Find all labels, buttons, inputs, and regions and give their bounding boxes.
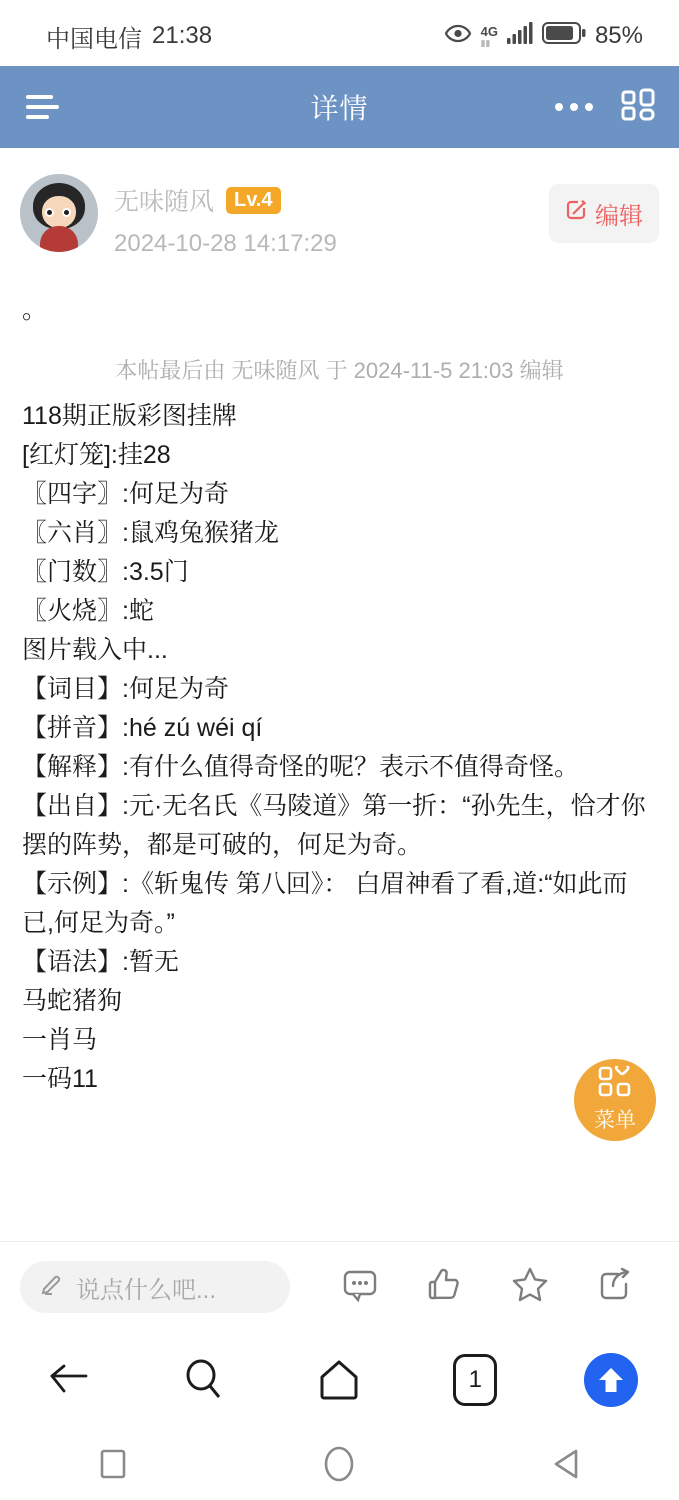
edit-pencil-icon — [565, 198, 589, 229]
up-arrow-icon — [584, 1353, 638, 1407]
status-bar: 中国电信 21:38 4G ▮▮ 85% — [0, 0, 679, 66]
last-edited-notice: 本帖最后由 无味随风 于 2024-11-5 21:03 编辑 — [22, 354, 657, 385]
content-line: 【出自】:元·无名氏《马陵道》第一折：“孙先生，恰才你摆的阵势，都是可破的，何足… — [22, 787, 657, 865]
pencil-icon — [38, 1272, 64, 1303]
content-line: 【词目】:何足为奇 — [22, 670, 657, 709]
content-line: 一码11 — [22, 1060, 657, 1099]
browser-nav-bar: 1 — [0, 1332, 679, 1428]
content-line: 〖四字〗:何足为奇 — [22, 475, 657, 514]
post-leading-text: 。 — [22, 290, 657, 326]
hamburger-menu-icon[interactable] — [26, 95, 59, 119]
comment-bar: 说点什么吧... — [0, 1241, 679, 1332]
author-name: 无味随风 — [114, 182, 214, 218]
floating-menu-button[interactable]: 菜单 — [574, 1059, 656, 1141]
content-line: 【语法】:暂无 — [22, 943, 657, 982]
clock-label: 21:38 — [152, 22, 212, 50]
floating-menu-label: 菜单 — [594, 1104, 636, 1134]
browser-back-button[interactable] — [0, 1363, 136, 1397]
level-badge: Lv.4 — [226, 187, 281, 214]
content-line: 马蛇猪狗 — [22, 982, 657, 1021]
avatar[interactable] — [20, 174, 98, 252]
post-header: 无味随风 Lv.4 2024-10-28 14:17:29 编辑 — [0, 148, 679, 258]
comment-placeholder: 说点什么吧... — [76, 1270, 216, 1305]
system-nav-bar — [0, 1428, 679, 1500]
grid-icon[interactable] — [621, 88, 655, 127]
menu-grid-icon — [598, 1066, 632, 1103]
battery-percent-label: 85% — [595, 22, 643, 50]
content-line: 【示例】:《斩鬼传 第八回》： 白眉神看了看,道:“如此而已,何足为奇。” — [22, 865, 657, 943]
content-line: 〖六肖〗:鼠鸡兔猴猪龙 — [22, 514, 657, 553]
carrier-label: 中国电信 — [46, 19, 142, 54]
post-content: 118期正版彩图挂牌 [红灯笼]:挂28 〖四字〗:何足为奇 〖六肖〗:鼠鸡兔猴… — [22, 397, 657, 1099]
back-triangle-icon[interactable] — [453, 1448, 679, 1480]
content-line: 【解释】:有什么值得奇怪的呢？表示不值得奇怪。 — [22, 748, 657, 787]
page-title: 详情 — [310, 87, 368, 127]
thumbs-up-icon[interactable] — [425, 1266, 463, 1309]
share-icon[interactable] — [596, 1266, 634, 1309]
more-dots-icon[interactable] — [555, 103, 593, 111]
browser-search-button[interactable] — [136, 1358, 272, 1402]
edit-button[interactable]: 编辑 — [549, 184, 659, 243]
tab-count-label: 1 — [469, 1366, 482, 1394]
content-line: 图片载入中... — [22, 631, 657, 670]
eye-icon — [444, 22, 472, 50]
content-line: 一肖马 — [22, 1021, 657, 1060]
battery-icon — [542, 22, 586, 51]
content-line: 【拼音】:hé zú wéi qí — [22, 709, 657, 748]
star-icon[interactable] — [510, 1266, 550, 1309]
edit-button-label: 编辑 — [595, 196, 643, 231]
comment-bubble-icon[interactable] — [341, 1266, 379, 1309]
app-header: 详情 — [0, 66, 679, 148]
content-line: 118期正版彩图挂牌 — [22, 397, 657, 436]
post-body: 。 本帖最后由 无味随风 于 2024-11-5 21:03 编辑 118期正版… — [0, 290, 679, 1099]
browser-tabs-button[interactable]: 1 — [407, 1354, 543, 1406]
content-line: 〖火烧〗:蛇 — [22, 592, 657, 631]
browser-top-button[interactable] — [543, 1353, 679, 1407]
phone-screen: 中国电信 21:38 4G ▮▮ 85% 详情 — [0, 0, 679, 1500]
home-circle-icon[interactable] — [226, 1446, 452, 1482]
signal-bars-icon — [507, 22, 533, 51]
content-line: [红灯笼]:挂28 — [22, 436, 657, 475]
signal-4g-icon: 4G ▮▮ — [481, 25, 498, 48]
post-timestamp: 2024-10-28 14:17:29 — [114, 230, 337, 258]
recents-square-icon[interactable] — [0, 1449, 226, 1479]
comment-input[interactable]: 说点什么吧... — [20, 1261, 290, 1313]
content-line: 〖门数〗:3.5门 — [22, 553, 657, 592]
browser-home-button[interactable] — [272, 1358, 408, 1402]
